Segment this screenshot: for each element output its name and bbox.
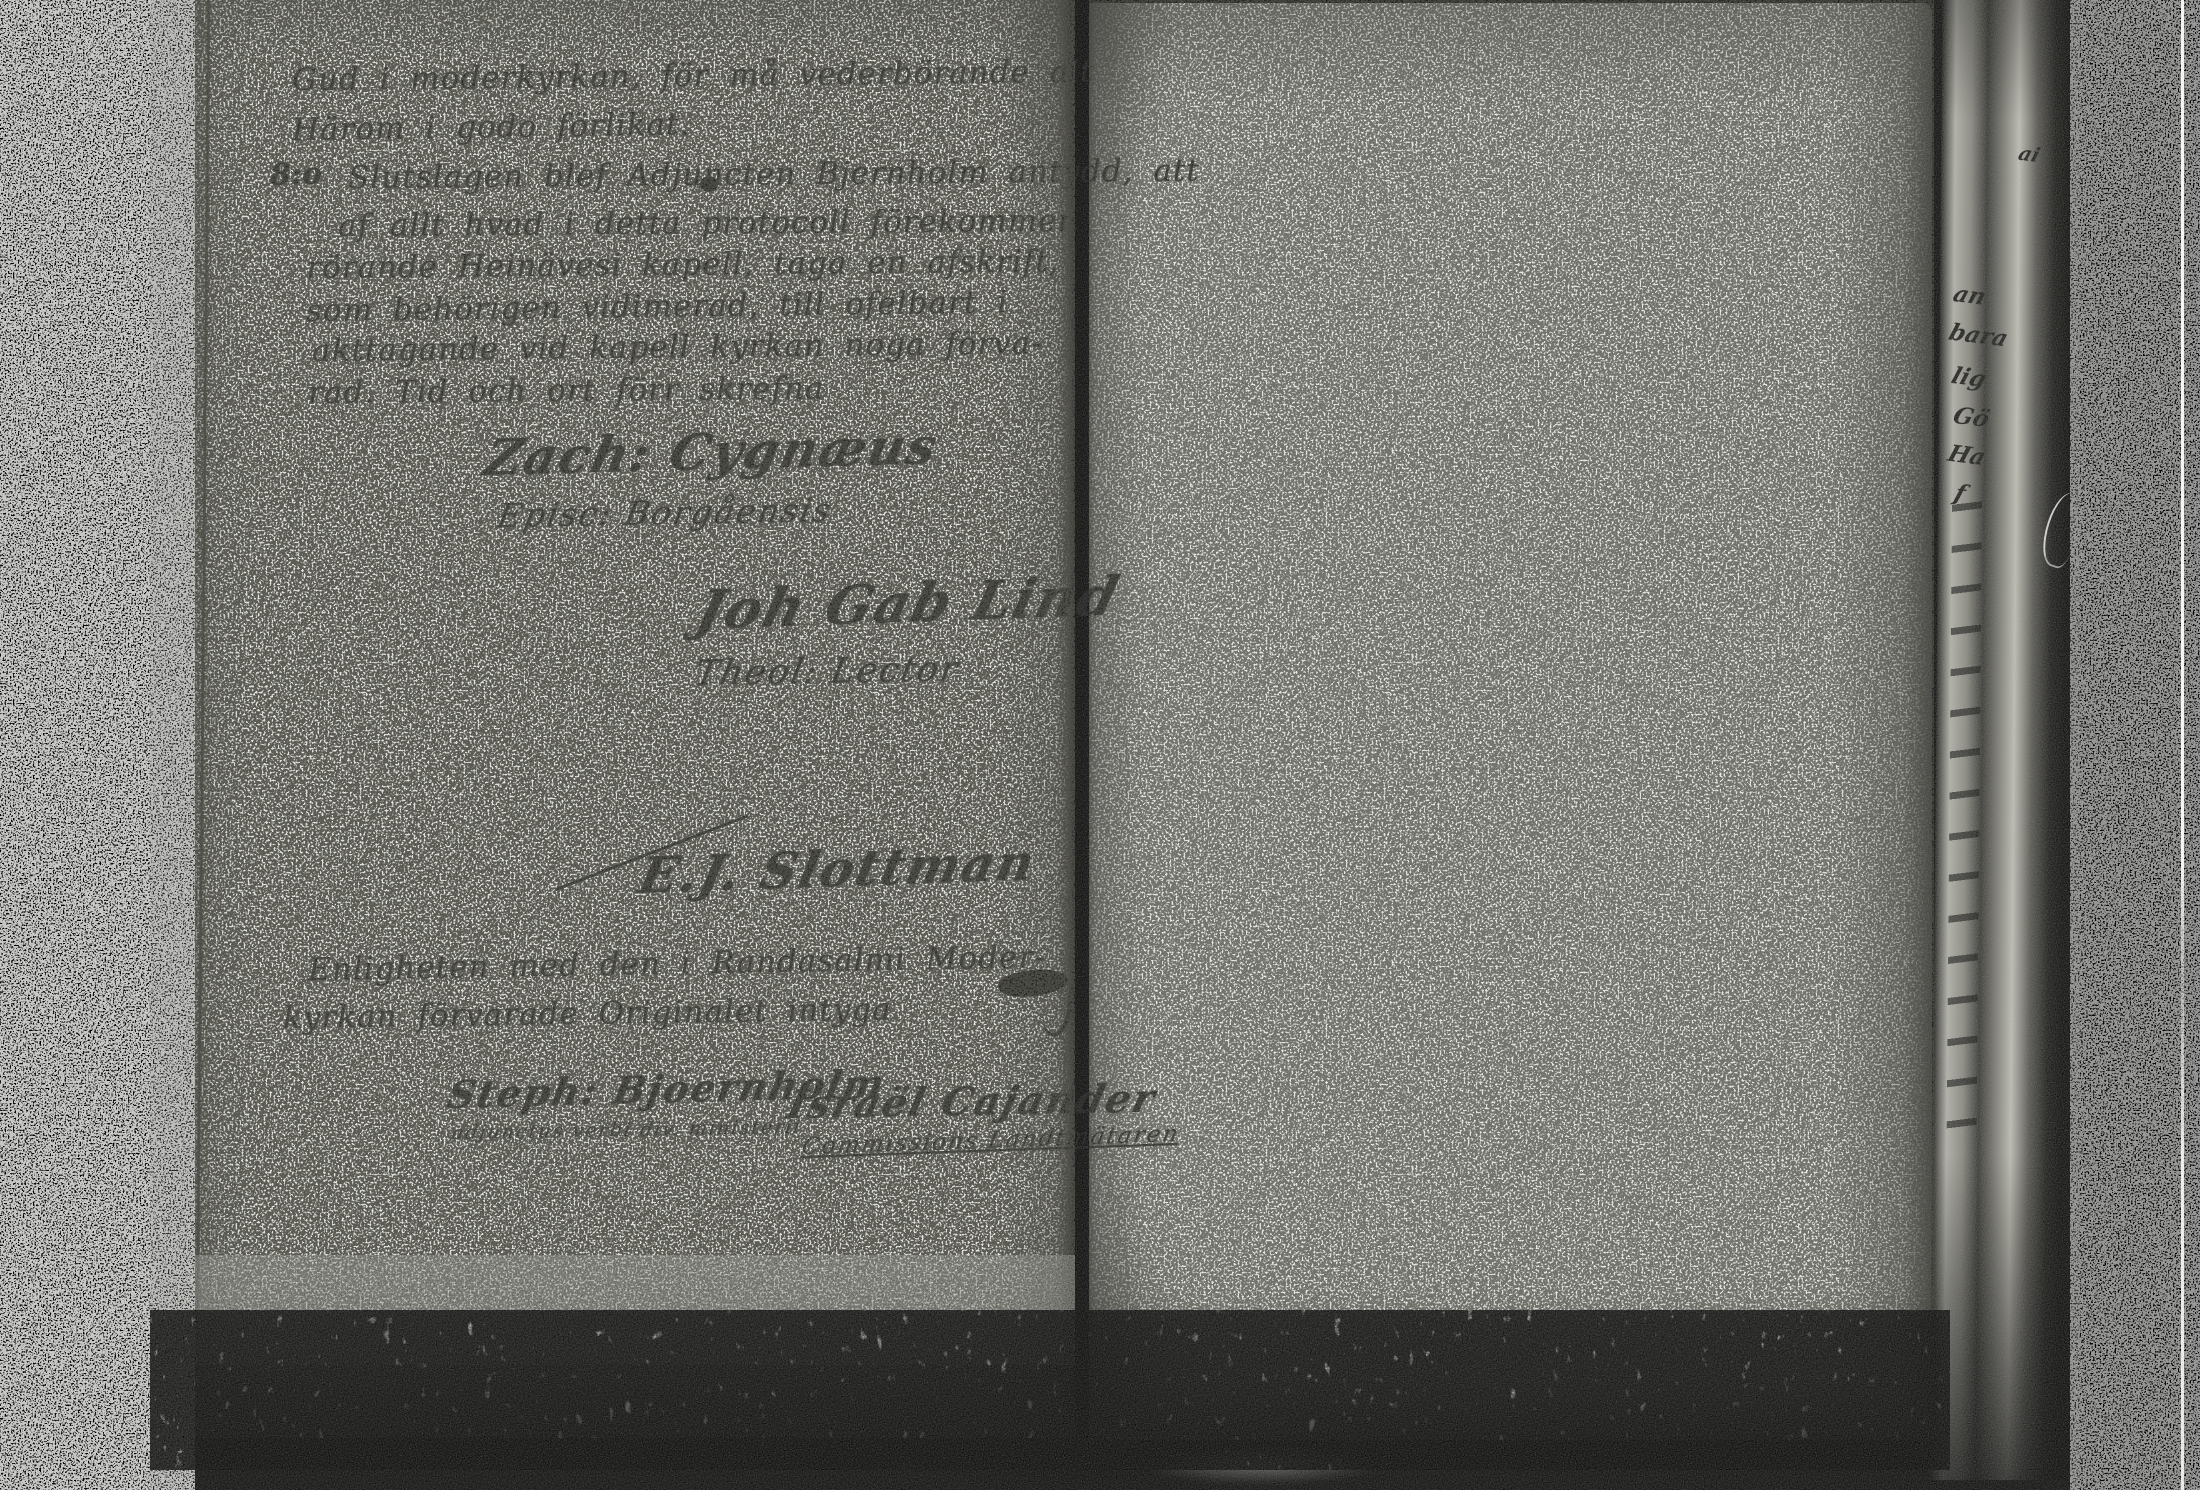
bottom-gray-smudge xyxy=(1145,1446,1380,1484)
scan-edge-white-line xyxy=(2181,0,2184,1490)
body-line: Slutslagen blef Adjuncten Bjernholm anty… xyxy=(348,153,1200,196)
edge-text-fragment: Ha xyxy=(1945,440,1990,471)
body-line: rad. Tid och ort förr skrefna xyxy=(308,370,824,411)
edge-text-fragment: ai xyxy=(2016,141,2044,167)
body-line: Härom i godo förlikat. xyxy=(292,106,691,148)
next-pages-edge-strip: ai an bara lig Gö Ha f xyxy=(1930,0,2083,1480)
edge-text-fragment: Gö xyxy=(1950,402,1993,432)
edge-strip-ticks xyxy=(1946,469,1982,1151)
left-page-edge xyxy=(195,0,211,1444)
body-line: af allt hvad i detta protocoll förekomme… xyxy=(338,203,1081,244)
edge-text-fragment: bara xyxy=(1946,319,2012,352)
signature-name-cygnaeus: Zach: Cygnæus xyxy=(479,416,944,487)
signature-name-cajander: Israël Cajander xyxy=(783,1076,1161,1128)
signature-title-lind: Theol: Lector xyxy=(691,649,963,694)
body-line: akttagande vid kapell kyrkan noga förva- xyxy=(312,325,1043,369)
edge-text-fragment: lig xyxy=(1948,362,1990,392)
right-page-blank xyxy=(1089,3,1932,1440)
signature-title-cygnaeus: Episc: Borgåensis xyxy=(494,490,835,535)
ink-blot-small xyxy=(700,176,718,192)
scanned-book-spread: 8:o Gud i moderkyrkan, för må vederböran… xyxy=(0,0,2200,1490)
margin-item-number: 8:o xyxy=(269,156,322,193)
edge-text-fragment: an xyxy=(1950,280,1990,310)
body-line: rörande Heinävesi kapell, taga en afskri… xyxy=(306,243,1060,286)
